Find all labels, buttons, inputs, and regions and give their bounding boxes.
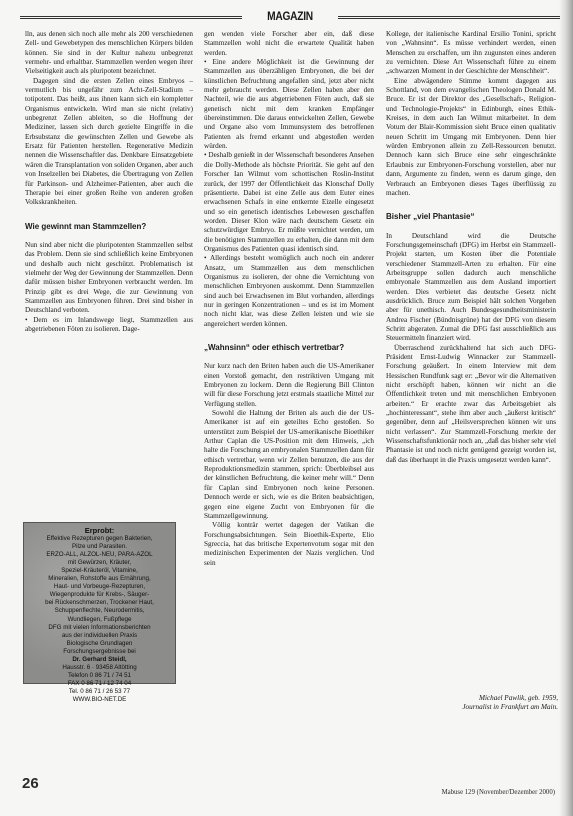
subheading: Bisher „viel Phantasie“ [386, 212, 556, 221]
paragraph: Eine abwägendere Stimme kommt dagegen au… [386, 77, 556, 198]
bullet-paragraph: • Allerdings besteht womöglich auch noch… [204, 254, 374, 329]
paragraph: In Deutschland wird die Deutsche Forschu… [386, 232, 556, 344]
ad-phone-2: Tel. 0 86 71 / 26 53 77 [27, 688, 172, 696]
ad-line: DFG mit vielen Informationsberichten [27, 624, 172, 632]
ad-contact-name: Dr. Gerhard Steidl, [27, 656, 172, 664]
ad-line: bei Rückenschmerzen, Trockener Haut, [27, 599, 172, 607]
bullet-paragraph: • Dem es im Inlandswege liegt, Stammzell… [25, 316, 193, 335]
paragraph: Überraschend zurückhaltend hat sich auch… [386, 344, 556, 465]
issue-info: Mabuse 129 (November/Dezember 2000) [442, 789, 555, 796]
article-column-1: lln, aus denen sich noch alle mehr als 2… [25, 30, 193, 334]
page-spine-shadow [559, 0, 573, 816]
author-signature: Michael Pawlik, geb. 1959, Journalist in… [386, 694, 558, 713]
ad-address: Hausstr. 6 · 93458 Altötting [27, 664, 172, 672]
advertisement-box: Erprobt: Effektive Rezepturen gegen Bakt… [23, 522, 176, 684]
ad-line: Wundliegen, Fußpflege [27, 616, 172, 624]
ad-line: Effektive Rezepturen gegen Bakterien, [27, 535, 172, 543]
paragraph: Sowohl die Haltung der Briten als auch d… [204, 409, 374, 521]
subheading: „Wahnsinn“ oder ethisch vertretbar? [204, 343, 374, 352]
magazine-page: MAGAZIN lln, aus denen sich noch alle me… [0, 0, 573, 816]
ad-line: mit Gewürzen, Kräuter, [27, 559, 172, 567]
ad-line: Schuppenflechte, Neurodermitis, [27, 607, 172, 615]
bullet-paragraph: • Eine andere Möglichkeit ist die Gewinn… [204, 58, 374, 151]
ad-title: Erprobt: [27, 527, 172, 535]
paragraph: Kollege, der italienische Kardinal Ersil… [386, 30, 556, 77]
header-rule-right [338, 16, 560, 19]
paragraph: lln, aus denen sich noch alle mehr als 2… [25, 30, 193, 77]
paragraph: Nur kurz nach den Briten haben auch die … [204, 362, 374, 409]
paragraph: gen wenden viele Forscher aber ein, daß … [204, 30, 374, 58]
paragraph: Dagegen sind die ersten Zellen eines Emb… [25, 77, 193, 208]
section-header: MAGAZIN [20, 10, 560, 24]
bullet-paragraph: • Deshalb genießt in der Wissenschaft be… [204, 151, 374, 254]
paragraph: Nun sind aber nicht die pluripotenten St… [25, 241, 193, 316]
ad-line: Speziel-Kräuteröl, Vitamine, [27, 567, 172, 575]
paragraph: Völlig konträr wertet dagegen der Vatika… [204, 521, 374, 568]
article-column-3: Kollege, der italienische Kardinal Ersil… [386, 30, 556, 465]
author-name: Michael Pawlik, geb. 1959, [386, 694, 558, 703]
ad-fax: FAX 0 86 71 / 12 74 04 [27, 680, 172, 688]
ad-line: Biologische Grundlagen [27, 640, 172, 648]
subheading: Wie gewinnt man Stammzellen? [25, 222, 193, 231]
author-bio: Journalist in Frankfurt am Main. [386, 703, 558, 712]
ad-line: Forschungsergebnisse bei [27, 648, 172, 656]
ad-phone: Telefon 0 86 71 / 74 51 [27, 672, 172, 680]
ad-line: aus der individuellen Praxis [27, 632, 172, 640]
ad-line: ERZO-ALL, ALZOL-NEU, PARA-AZOL [27, 551, 172, 559]
ad-line: Pilze und Parasiten. [27, 543, 172, 551]
ad-website: WWW.BIO-NET.DE [27, 696, 172, 704]
article-column-2: gen wenden viele Forscher aber ein, daß … [204, 30, 374, 568]
ad-line: Haut- und Vorbeuge-Rezepturen, [27, 583, 172, 591]
ad-line: Wiegenprodukte für Krebs-, Säuger- [27, 591, 172, 599]
page-number: 26 [22, 775, 39, 792]
ad-line: Mineralien, Rohstoffe aus Ernährung, [27, 575, 172, 583]
